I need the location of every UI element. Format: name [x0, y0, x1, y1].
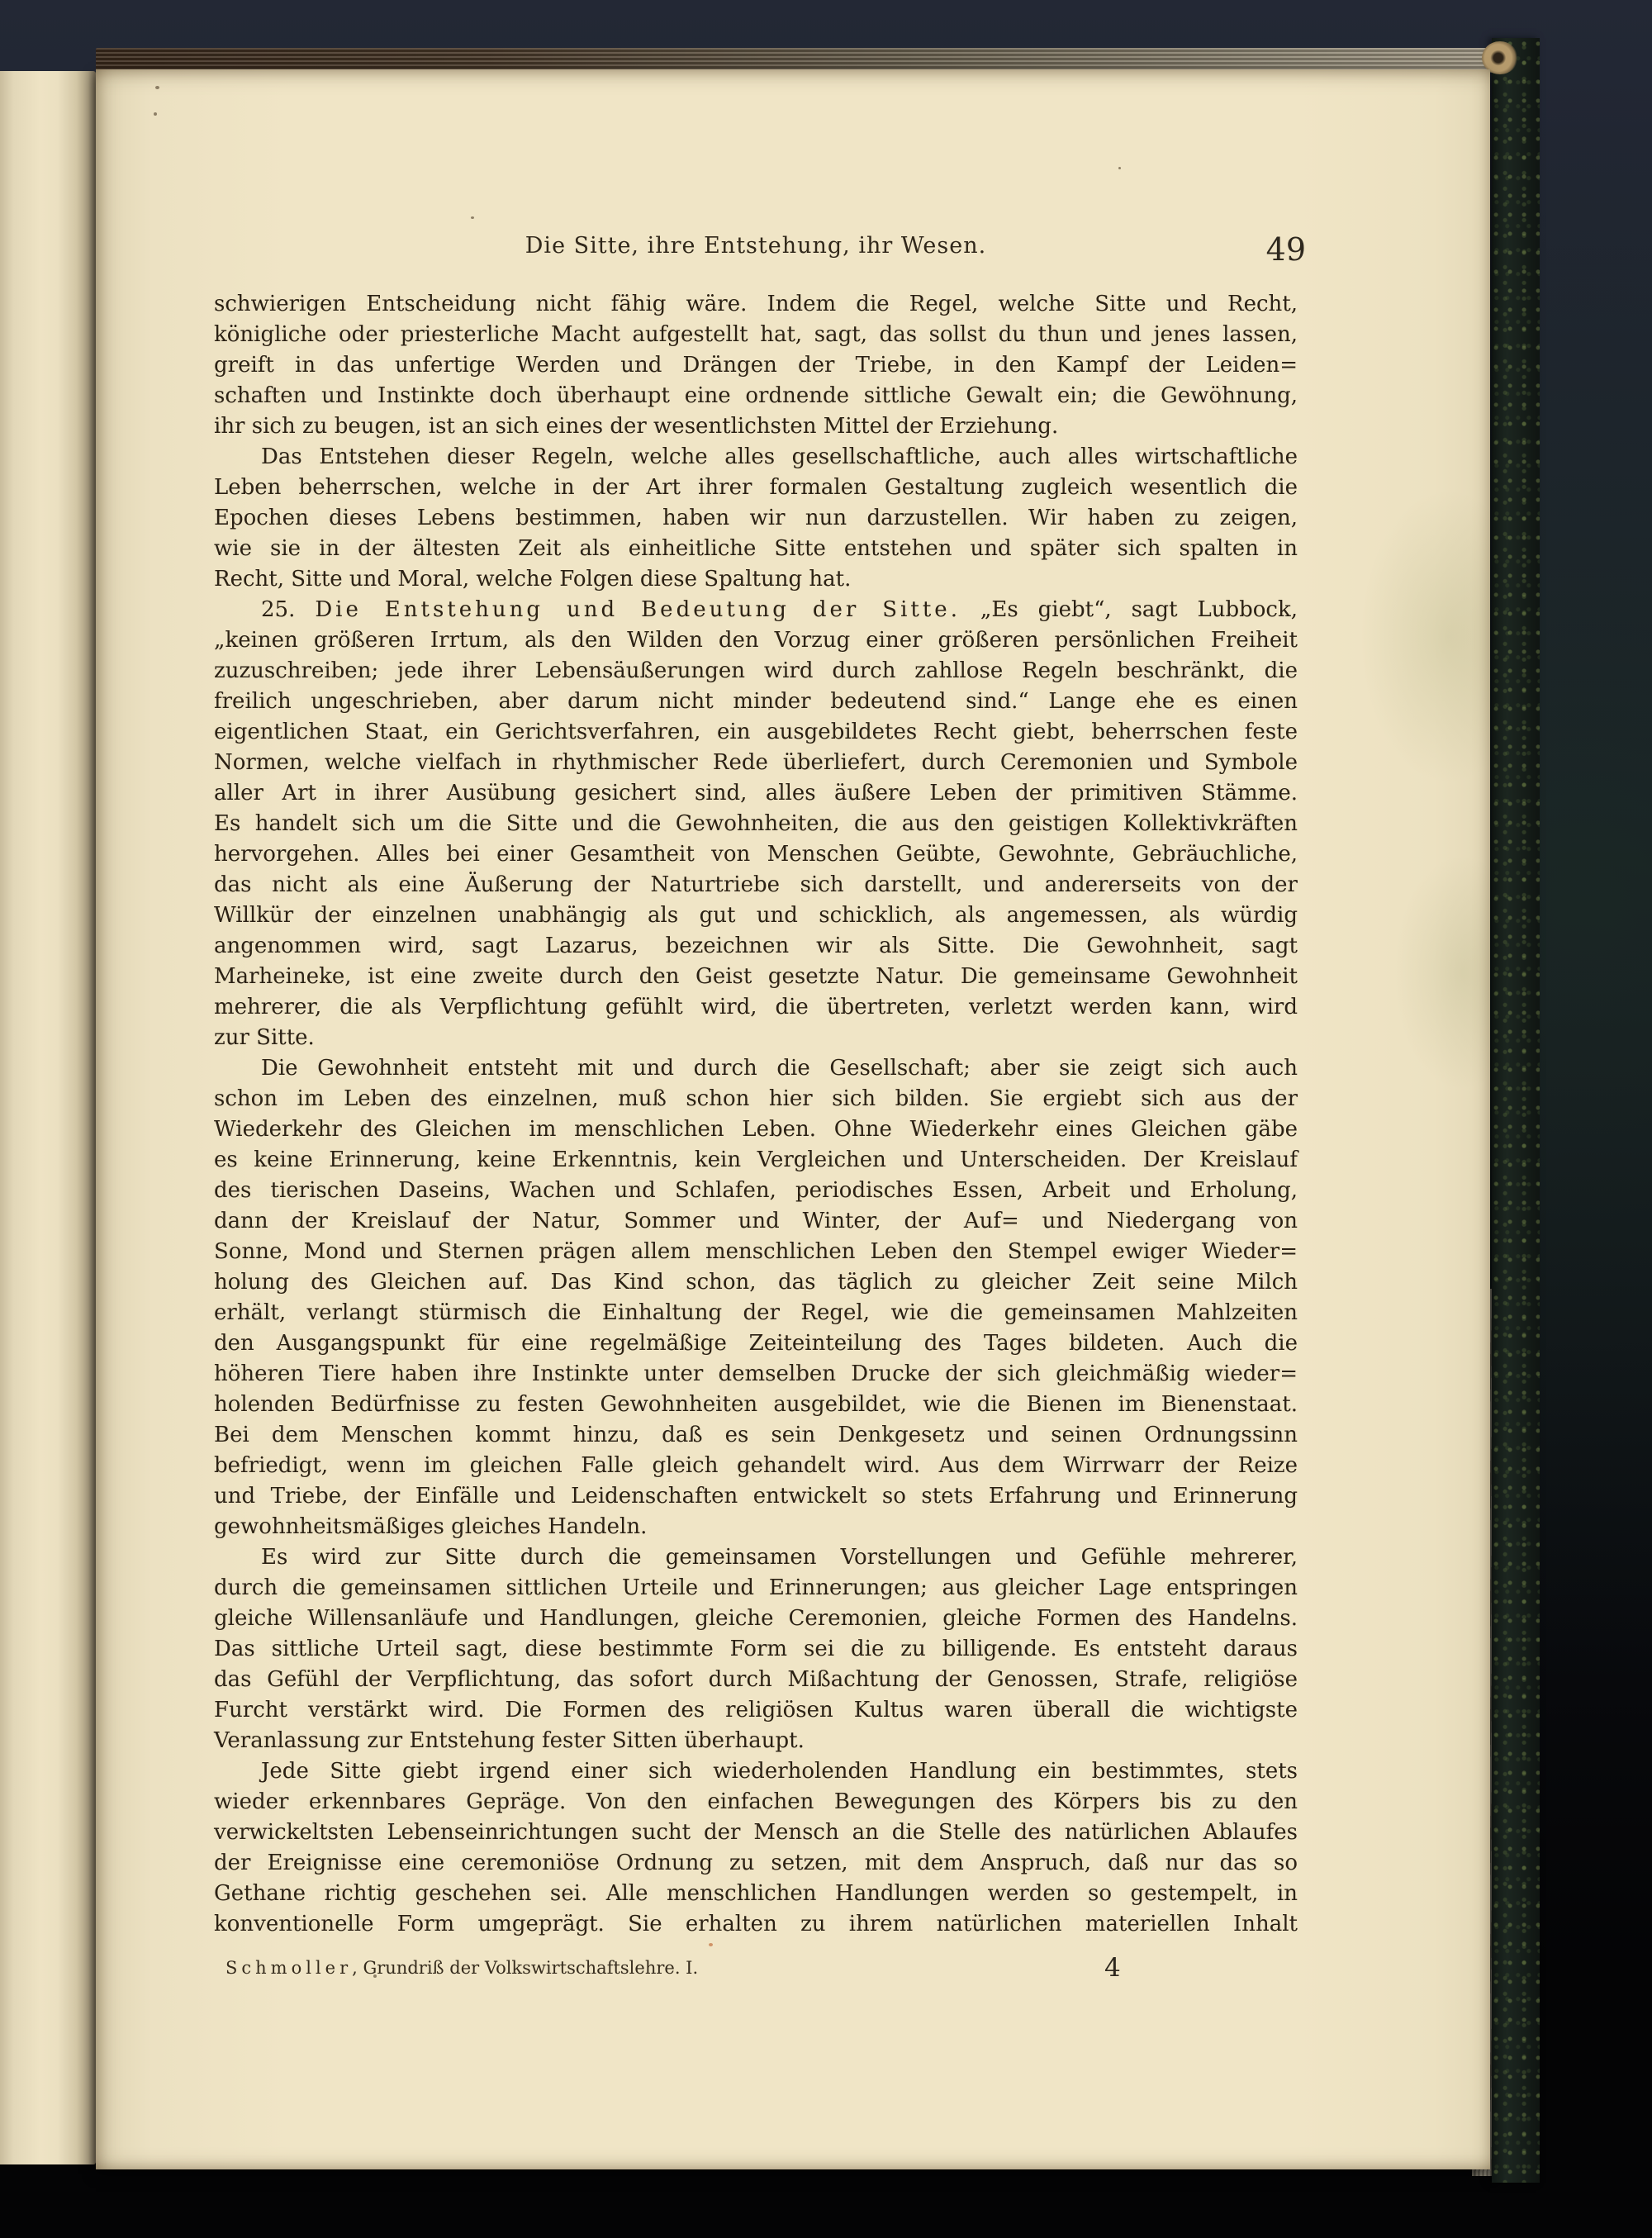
- text-segment: wieder erkennbares Gepräge. Von den einf…: [214, 1789, 1298, 1814]
- text-segment: greift in das unfertige Werden und Dräng…: [214, 353, 1298, 378]
- text-segment: durch die gemeinsamen sittlichen Urteile…: [214, 1575, 1298, 1600]
- text-segment: Willkür der einzelnen unabhängig als gut…: [214, 903, 1298, 928]
- text-line: angenommen wird, sagt Lazarus, bezeichne…: [214, 931, 1298, 962]
- text-segment: Marheineke, ist eine zweite durch den Ge…: [214, 964, 1298, 989]
- text-line: durch die gemeinsamen sittlichen Urteile…: [214, 1573, 1298, 1604]
- spaced-text: Die Entstehung und Bedeutung der Sitte.: [315, 597, 961, 622]
- text-line: erhält, verlangt stürmisch die Einhaltun…: [214, 1298, 1298, 1328]
- text-segment: zuzuschreiben; jede ihrer Lebensäußerung…: [214, 658, 1298, 683]
- text-segment: eigentlichen Staat, ein Gerichtsverfahre…: [214, 720, 1298, 744]
- text-line: Sonne, Mond und Sternen prägen allem men…: [214, 1237, 1298, 1267]
- text-line: Es handelt sich um die Sitte und die Gew…: [214, 809, 1298, 839]
- running-header-title: Die Sitte, ihre Entstehung, ihr Wesen.: [214, 233, 1298, 259]
- book-signature: Schmoller, Grundriß der Volkswirtschafts…: [225, 1958, 698, 1978]
- book-cover-edge: [1492, 38, 1540, 2183]
- text-segment: Veranlassung zur Entstehung fester Sitte…: [214, 1728, 805, 1753]
- text-segment: ihr sich zu beugen, ist an sich eines de…: [214, 414, 1058, 439]
- text-line: und Triebe, der Einfälle und Leidenschaf…: [214, 1481, 1298, 1512]
- text-segment: Gethane richtig geschehen sei. Alle mens…: [214, 1881, 1298, 1906]
- text-paragraph: 25. Die Entstehung und Bedeutung der Sit…: [214, 595, 1298, 1053]
- text-line: wie sie in der ältesten Zeit als einheit…: [214, 534, 1298, 564]
- text-segment: befriedigt, wenn im gleichen Falle gleic…: [214, 1453, 1298, 1478]
- text-segment: Leben beherrschen, welche in der Art ihr…: [214, 475, 1298, 500]
- text-line: befriedigt, wenn im gleichen Falle gleic…: [214, 1451, 1298, 1481]
- sheet-number: 4: [1104, 1953, 1121, 1983]
- paper-speck: [155, 86, 159, 89]
- text-segment: 25.: [261, 597, 315, 622]
- text-line: mehrerer, die als Verpflichtung gefühlt …: [214, 992, 1298, 1023]
- text-line: holenden Bedürfnisse zu festen Gewohnhei…: [214, 1390, 1298, 1420]
- text-segment: wie sie in der ältesten Zeit als einheit…: [214, 536, 1298, 561]
- text-segment: Das Entstehen dieser Regeln, welche alle…: [261, 444, 1298, 469]
- text-segment: Das sittliche Urteil sagt, diese bestimm…: [214, 1637, 1298, 1661]
- running-header: Die Sitte, ihre Entstehung, ihr Wesen. 4…: [214, 233, 1298, 269]
- text-segment: hervorgehen. Alles bei einer Gesamtheit …: [214, 842, 1298, 867]
- text-line: des tierischen Daseins, Wachen und Schla…: [214, 1176, 1298, 1206]
- text-line: konventionelle Form umgeprägt. Sie erhal…: [214, 1909, 1298, 1940]
- text-line: greift in das unfertige Werden und Dräng…: [214, 350, 1298, 381]
- text-segment: konventionelle Form umgeprägt. Sie erhal…: [214, 1912, 1298, 1936]
- text-paragraph: Das Entstehen dieser Regeln, welche alle…: [214, 442, 1298, 595]
- text-segment: Wiederkehr des Gleichen im menschlichen …: [214, 1117, 1298, 1142]
- text-segment: verwickeltsten Lebenseinrichtungen sucht…: [214, 1820, 1298, 1845]
- text-line: Wiederkehr des Gleichen im menschlichen …: [214, 1114, 1298, 1145]
- text-line: schwierigen Entscheidung nicht fähig wär…: [214, 289, 1298, 320]
- text-segment: Es handelt sich um die Sitte und die Gew…: [214, 811, 1298, 836]
- text-line: Veranlassung zur Entstehung fester Sitte…: [214, 1726, 1298, 1756]
- text-segment: „keinen größeren Irrtum, als den Wilden …: [214, 628, 1298, 653]
- text-paragraph: Die Gewohnheit entsteht mit und durch di…: [214, 1053, 1298, 1542]
- text-line: Es wird zur Sitte durch die gemeinsamen …: [214, 1542, 1298, 1573]
- text-line: holung des Gleichen auf. Das Kind schon,…: [214, 1267, 1298, 1298]
- paper-speck: [1118, 167, 1121, 169]
- text-line: zur Sitte.: [214, 1023, 1298, 1053]
- text-line: ihr sich zu beugen, ist an sich eines de…: [214, 411, 1298, 442]
- text-line: es keine Erinnerung, keine Erkenntnis, k…: [214, 1145, 1298, 1176]
- text-segment: aller Art in ihrer Ausübung gesichert si…: [214, 781, 1298, 805]
- text-line: gewohnheitsmäßiges gleiches Handeln.: [214, 1512, 1298, 1542]
- spaced-text: Schmoller: [225, 1958, 352, 1978]
- text-line: aller Art in ihrer Ausübung gesichert si…: [214, 778, 1298, 809]
- text-segment: erhält, verlangt stürmisch die Einhaltun…: [214, 1300, 1298, 1325]
- text-line: Gethane richtig geschehen sei. Alle mens…: [214, 1879, 1298, 1909]
- text-segment: Es wird zur Sitte durch die gemeinsamen …: [261, 1545, 1298, 1570]
- text-segment: holung des Gleichen auf. Das Kind schon,…: [214, 1270, 1298, 1295]
- text-line: schon im Leben des einzelnen, muß schon …: [214, 1084, 1298, 1114]
- text-line: königliche oder priesterliche Macht aufg…: [214, 320, 1298, 350]
- text-line: gleiche Willensanläufe und Handlungen, g…: [214, 1604, 1298, 1634]
- paper-speck: [709, 1943, 713, 1946]
- text-line: freilich ungeschrieben, aber darum nicht…: [214, 687, 1298, 717]
- paper-speck: [471, 216, 474, 219]
- text-segment: angenommen wird, sagt Lazarus, bezeichne…: [214, 934, 1298, 958]
- text-segment: königliche oder priesterliche Macht aufg…: [214, 322, 1298, 347]
- text-segment: Die Gewohnheit entsteht mit und durch di…: [261, 1056, 1298, 1081]
- text-line: Epochen dieses Lebens bestimmen, haben w…: [214, 503, 1298, 534]
- text-line: hervorgehen. Alles bei einer Gesamtheit …: [214, 839, 1298, 870]
- text-line: dann der Kreislauf der Natur, Sommer und…: [214, 1206, 1298, 1237]
- text-line: Jede Sitte giebt irgend einer sich wiede…: [214, 1756, 1298, 1787]
- text-segment: gleiche Willensanläufe und Handlungen, g…: [214, 1606, 1298, 1631]
- previous-page-edge: [0, 71, 96, 2164]
- text-line: das Gefühl der Verpflichtung, das sofort…: [214, 1665, 1298, 1695]
- text-line: zuzuschreiben; jede ihrer Lebensäußerung…: [214, 656, 1298, 687]
- text-segment: schon im Leben des einzelnen, muß schon …: [214, 1086, 1298, 1111]
- text-line: Das Entstehen dieser Regeln, welche alle…: [214, 442, 1298, 473]
- text-line: wieder erkennbares Gepräge. Von den einf…: [214, 1787, 1298, 1817]
- text-segment: Sonne, Mond und Sternen prägen allem men…: [214, 1239, 1298, 1264]
- text-segment: mehrerer, die als Verpflichtung gefühlt …: [214, 995, 1298, 1019]
- text-line: den Ausgangspunkt für eine regelmäßige Z…: [214, 1328, 1298, 1359]
- text-segment: freilich ungeschrieben, aber darum nicht…: [214, 689, 1298, 714]
- text-segment: Recht, Sitte und Moral, welche Folgen di…: [214, 567, 851, 592]
- text-segment: der Ereignisse eine ceremoniöse Ordnung …: [214, 1851, 1298, 1875]
- text-line: verwickeltsten Lebenseinrichtungen sucht…: [214, 1817, 1298, 1848]
- text-segment: Epochen dieses Lebens bestimmen, haben w…: [214, 506, 1298, 530]
- text-paragraph: Jede Sitte giebt irgend einer sich wiede…: [214, 1756, 1298, 1940]
- text-segment: schwierigen Entscheidung nicht fähig wär…: [214, 292, 1298, 316]
- text-line: 25. Die Entstehung und Bedeutung der Sit…: [214, 595, 1298, 625]
- text-segment: zur Sitte.: [214, 1025, 315, 1050]
- text-line: höheren Tiere haben ihre Instinkte unter…: [214, 1359, 1298, 1390]
- text-segment: und Triebe, der Einfälle und Leidenschaf…: [214, 1484, 1298, 1509]
- text-segment: es keine Erinnerung, keine Erkenntnis, k…: [214, 1148, 1298, 1172]
- page-text: schwierigen Entscheidung nicht fähig wär…: [214, 289, 1298, 1940]
- text-line: das nicht als eine Äußerung der Naturtri…: [214, 870, 1298, 900]
- text-line: Marheineke, ist eine zweite durch den Ge…: [214, 962, 1298, 992]
- text-segment: Normen, welche vielfach in rhythmischer …: [214, 750, 1298, 775]
- text-segment: den Ausgangspunkt für eine regelmäßige Z…: [214, 1331, 1298, 1356]
- page-footer: Schmoller, Grundriß der Volkswirtschafts…: [214, 1953, 1298, 1991]
- text-segment: des tierischen Daseins, Wachen und Schla…: [214, 1178, 1298, 1203]
- text-segment: dann der Kreislauf der Natur, Sommer und…: [214, 1209, 1298, 1233]
- text-line: Willkür der einzelnen unabhängig als gut…: [214, 900, 1298, 931]
- text-segment: Bei dem Menschen kommt hinzu, daß es sei…: [214, 1423, 1298, 1447]
- text-line: schaften und Instinkte doch überhaupt ei…: [214, 381, 1298, 411]
- text-line: Bei dem Menschen kommt hinzu, daß es sei…: [214, 1420, 1298, 1451]
- text-segment: Furcht verstärkt wird. Die Formen des re…: [214, 1698, 1298, 1722]
- text-segment: Jede Sitte giebt irgend einer sich wiede…: [261, 1759, 1298, 1784]
- page-number: 49: [1266, 231, 1306, 268]
- text-segment: das nicht als eine Äußerung der Naturtri…: [214, 872, 1298, 897]
- text-segment: schaften und Instinkte doch überhaupt ei…: [214, 383, 1298, 408]
- paper-speck: [154, 112, 157, 116]
- text-line: Das sittliche Urteil sagt, diese bestimm…: [214, 1634, 1298, 1665]
- text-line: Leben beherrschen, welche in der Art ihr…: [214, 473, 1298, 503]
- text-paragraph: Es wird zur Sitte durch die gemeinsamen …: [214, 1542, 1298, 1756]
- book-page: Die Sitte, ihre Entstehung, ihr Wesen. 4…: [96, 69, 1490, 2169]
- text-line: Furcht verstärkt wird. Die Formen des re…: [214, 1695, 1298, 1726]
- text-line: Die Gewohnheit entsteht mit und durch di…: [214, 1053, 1298, 1084]
- text-segment: holenden Bedürfnisse zu festen Gewohnhei…: [214, 1392, 1298, 1417]
- text-segment: höheren Tiere haben ihre Instinkte unter…: [214, 1361, 1298, 1386]
- text-line: eigentlichen Staat, ein Gerichtsverfahre…: [214, 717, 1298, 748]
- text-paragraph: schwierigen Entscheidung nicht fähig wär…: [214, 289, 1298, 442]
- text-segment: gewohnheitsmäßiges gleiches Handeln.: [214, 1514, 647, 1539]
- text-line: Recht, Sitte und Moral, welche Folgen di…: [214, 564, 1298, 595]
- text-segment: das Gefühl der Verpflichtung, das sofort…: [214, 1667, 1298, 1692]
- text-segment: , Grundriß der Volkswirtschaftslehre. I.: [352, 1958, 698, 1978]
- text-line: Normen, welche vielfach in rhythmischer …: [214, 748, 1298, 778]
- text-segment: „Es giebt“, sagt Lubbock,: [961, 597, 1298, 622]
- scan-background: Die Sitte, ihre Entstehung, ihr Wesen. 4…: [0, 0, 1652, 2238]
- text-line: der Ereignisse eine ceremoniöse Ordnung …: [214, 1848, 1298, 1879]
- text-line: „keinen größeren Irrtum, als den Wilden …: [214, 625, 1298, 656]
